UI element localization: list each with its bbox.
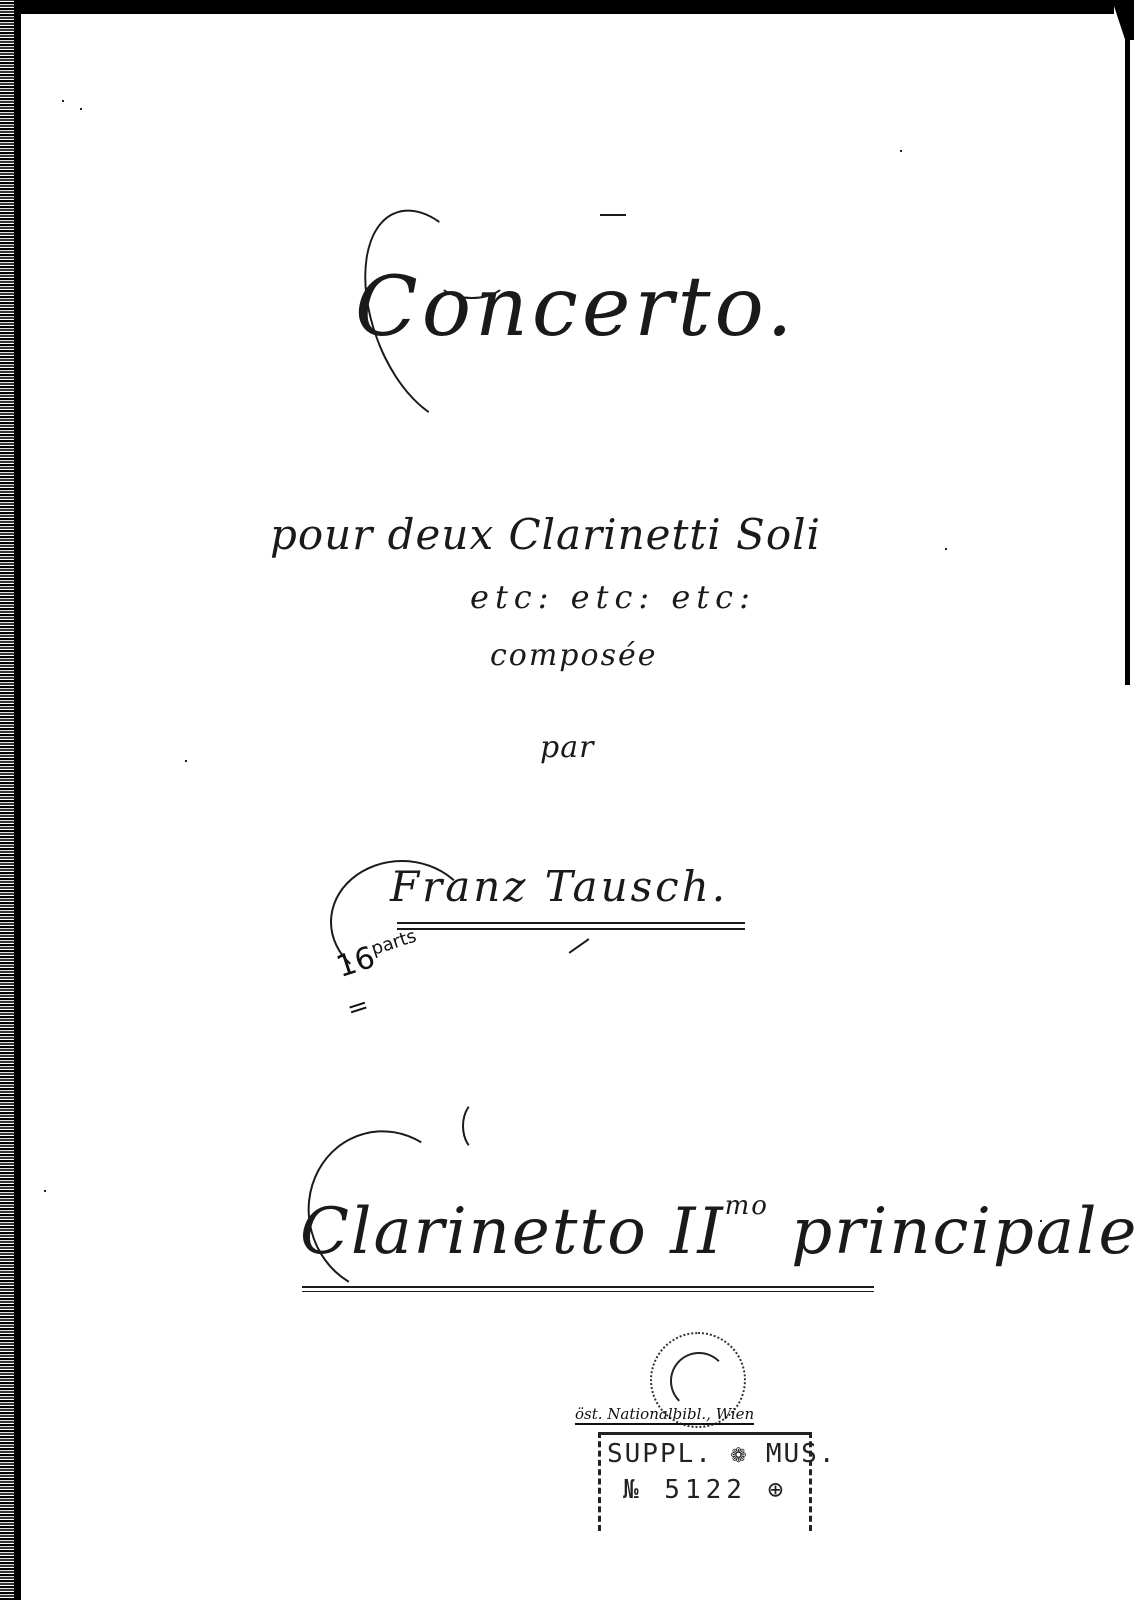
title-flourish-dash: [600, 214, 626, 216]
page-title: Concerto.: [355, 260, 797, 355]
manuscript-page: [21, 14, 1121, 1600]
part-role: principale.: [791, 1195, 1134, 1269]
subtitle-composed: composée: [490, 638, 657, 673]
stamp-shelfmark: № 5122 ⊕: [601, 1475, 809, 1505]
scan-speck: [185, 760, 187, 762]
subtitle-instrumentation: pour deux Clarinetti Soli: [270, 510, 821, 559]
scan-speck: [62, 100, 64, 102]
library-shelfmark-stamp: SUPPL. ❁ MUS. № 5122 ⊕: [598, 1432, 812, 1531]
composer-underline-bottom: [397, 928, 745, 930]
scan-speck: [945, 548, 947, 550]
part-name: Clarinetto IImo principale.: [300, 1195, 1134, 1269]
page-right-border: [1125, 25, 1130, 685]
part-name-underline-top: [302, 1286, 874, 1288]
page-top-border: [14, 0, 1114, 14]
subtitle-by: par: [540, 730, 594, 765]
library-signature: öst. Nationalbibl., Wien: [575, 1405, 754, 1423]
ordinal-suffix: mo: [725, 1191, 769, 1221]
scan-speck: [1040, 1220, 1042, 1222]
instrument-accent: [462, 1100, 496, 1152]
scan-speck: [900, 150, 902, 152]
scan-speck: [80, 108, 82, 110]
scan-left-edge: [0, 0, 14, 1600]
scan-speck: [44, 1190, 46, 1192]
page-left-border: [14, 0, 21, 1600]
instrument-name: Clarinetto II: [300, 1195, 725, 1269]
composer-name: Franz Tausch.: [390, 862, 728, 911]
part-name-underline-bottom: [302, 1291, 874, 1292]
subtitle-etc: etc: etc: etc:: [470, 578, 756, 616]
stamp-collection: SUPPL. ❁ MUS.: [601, 1439, 809, 1469]
composer-underline-top: [397, 922, 745, 924]
